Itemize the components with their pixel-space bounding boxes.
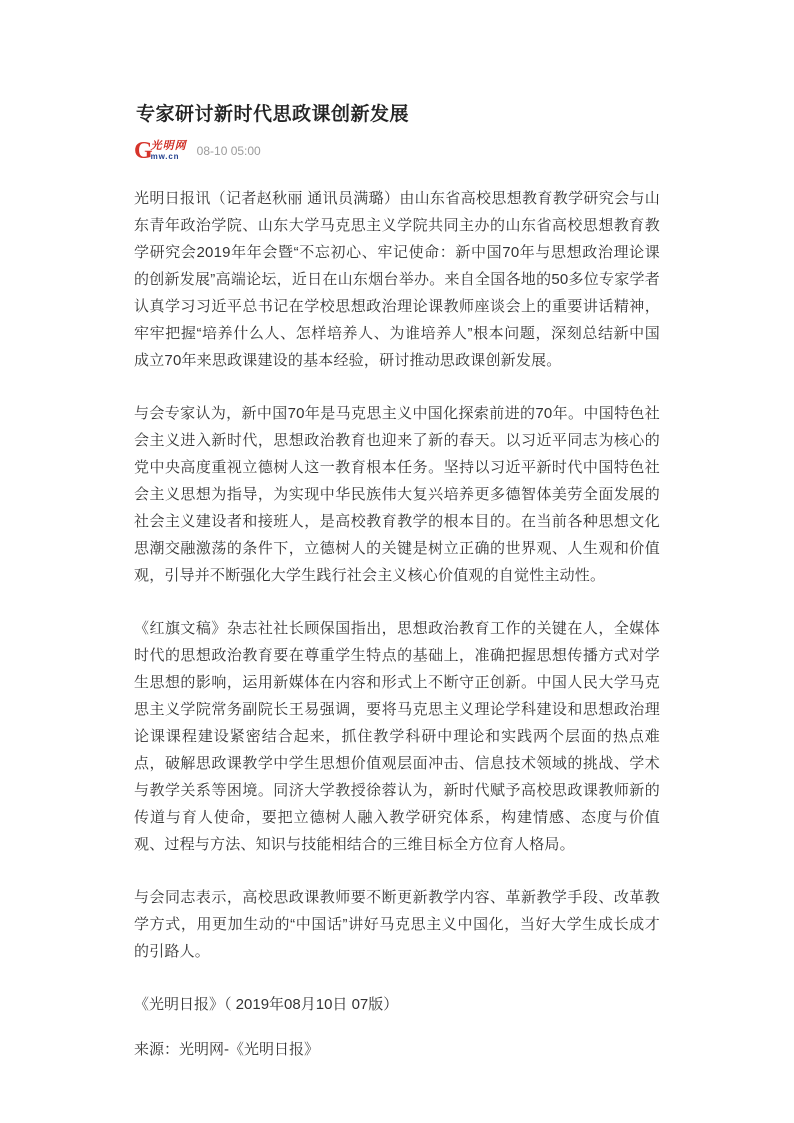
article-paragraph-2: 与会专家认为，新中国70年是马克思主义中国化探索前进的70年。中国特色社会主义进… bbox=[134, 400, 660, 589]
publication-info-line: 《光明日报》（ 2019年08月10日 07版） bbox=[134, 991, 660, 1018]
article-paragraph-3: 《红旗文稿》杂志社社长顾保国指出，思想政治教育工作的关键在人，全媒体时代的思想政… bbox=[134, 615, 660, 858]
article-paragraph-4: 与会同志表示，高校思政课教师要不断更新教学内容、革新教学手段、改革教学方式，用更… bbox=[134, 884, 660, 965]
gmw-logo-chinese-name: 光明网 bbox=[151, 141, 187, 152]
article-paragraph-1: 光明日报讯（记者赵秋丽 通讯员满璐）由山东省高校思想教育教学研究会与山东青年政治… bbox=[134, 185, 660, 374]
source-line: 来源：光明网-《光明日报》 bbox=[134, 1036, 660, 1063]
gmw-logo-domain: mw.cn bbox=[151, 153, 180, 161]
gmw-logo-text-block: 光明网 mw.cn bbox=[151, 141, 187, 161]
article-meta: G 光明网 mw.cn 08-10 05:00 bbox=[134, 139, 660, 163]
article-title: 专家研讨新时代思政课创新发展 bbox=[136, 99, 660, 126]
gmw-logo: G 光明网 mw.cn bbox=[134, 141, 187, 161]
article-page: 专家研讨新时代思政课创新发展 G 光明网 mw.cn 08-10 05:00 光… bbox=[0, 0, 794, 1123]
publish-timestamp: 08-10 05:00 bbox=[197, 144, 261, 158]
